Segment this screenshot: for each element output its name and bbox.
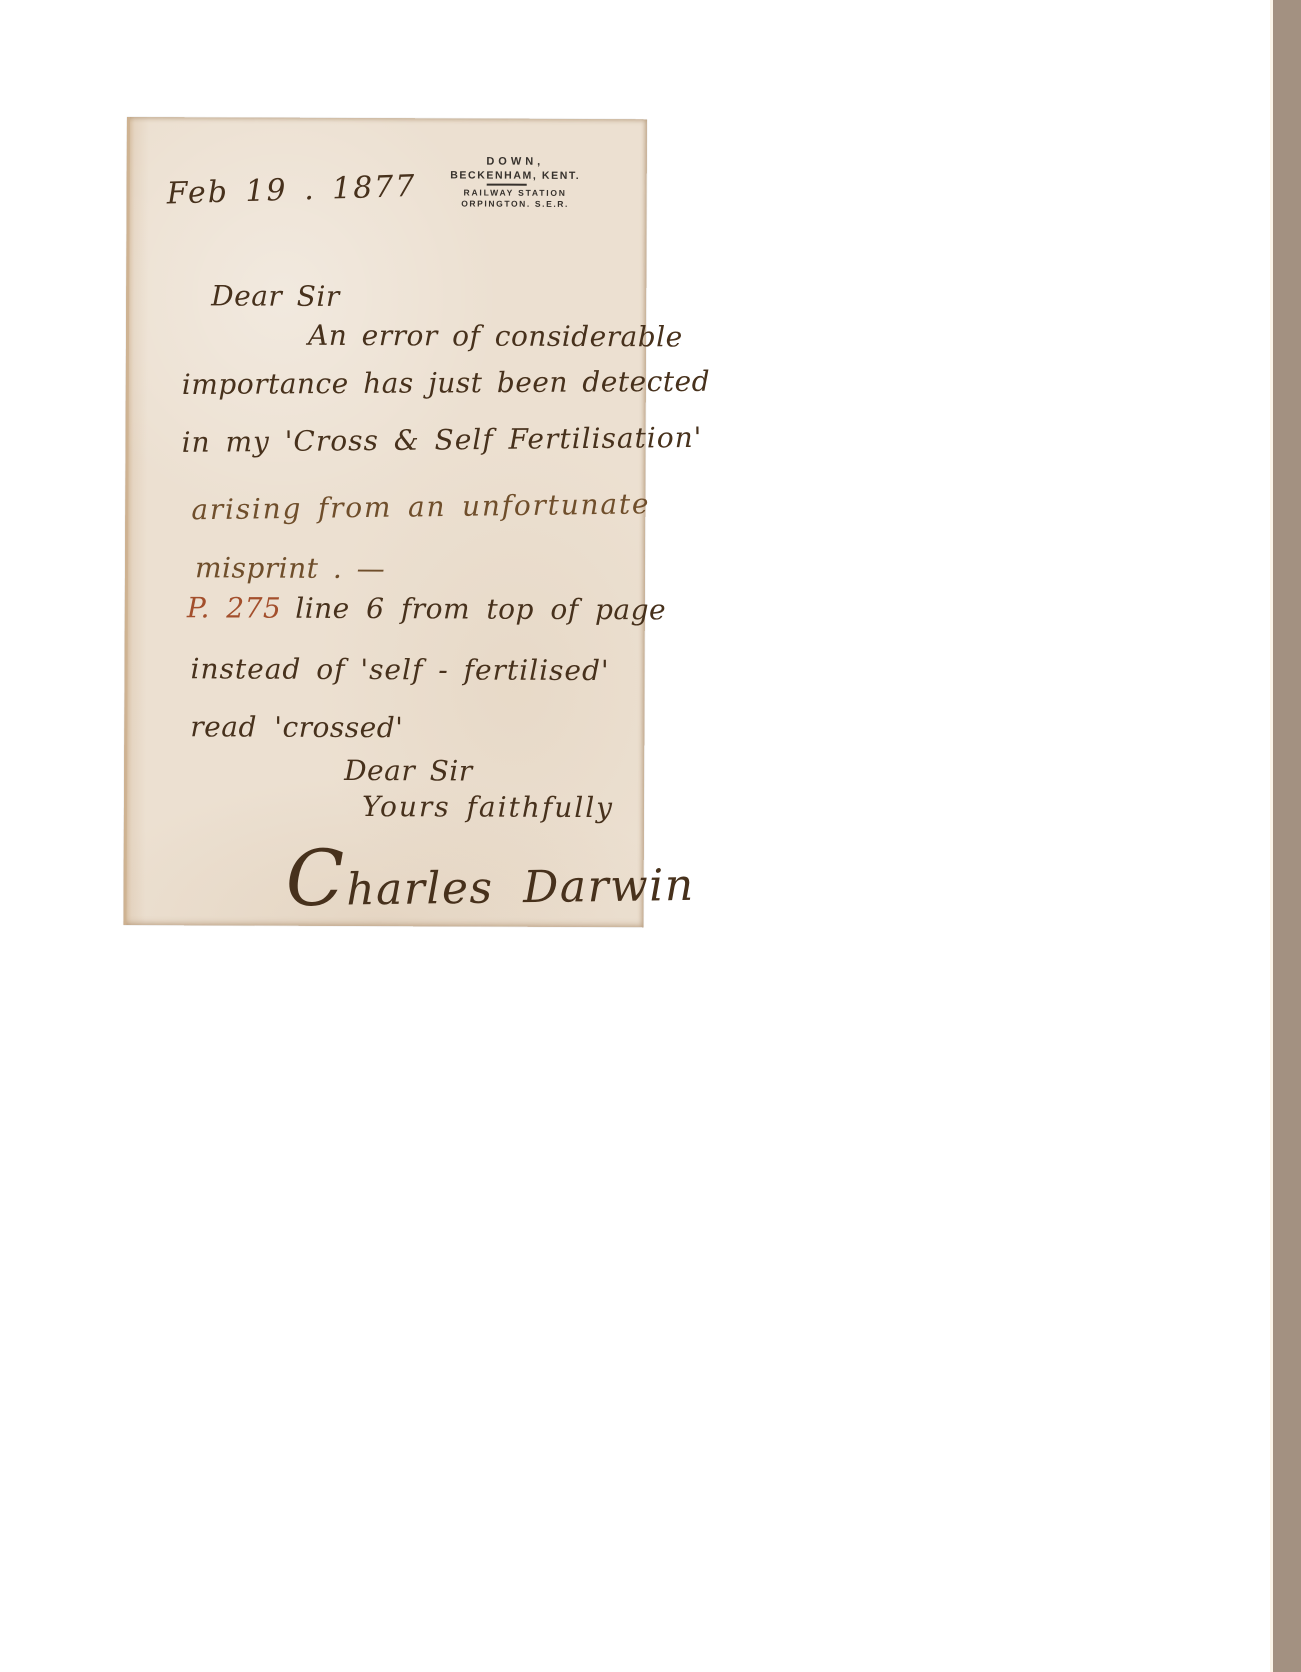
body-line-3: in my 'Cross & Self Fertilisation' [181, 421, 702, 459]
body-line-6-text: line 6 from top of page [295, 592, 666, 627]
page-reference: P. 275 [187, 591, 282, 624]
letter-photo: DOWN, BECKENHAM, KENT. RAILWAY STATION O… [123, 117, 647, 927]
body-line-4: arising from an unfortunate [191, 487, 650, 526]
letterhead-line-orpington: ORPINGTON. S.E.R. [443, 198, 588, 210]
salutation: Dear Sir [211, 279, 340, 313]
body-line-6: P. 275line 6 from top of page [187, 591, 666, 626]
right-border-stripe [1270, 0, 1301, 1672]
letterhead-line-down: DOWN, [443, 154, 588, 169]
valediction: Yours faithfully [362, 790, 614, 824]
letterhead-line-railway: RAILWAY STATION [443, 187, 588, 199]
page-background: DOWN, BECKENHAM, KENT. RAILWAY STATION O… [0, 0, 1301, 1672]
letterhead-line-beckenham: BECKENHAM, KENT. [443, 168, 588, 184]
body-line-8: read 'crossed' [190, 710, 403, 744]
letter-date: Feb 19 . 1877 [166, 169, 417, 212]
letterhead-underline [487, 184, 527, 186]
body-line-2: importance has just been detected [182, 365, 710, 401]
body-line-1: An error of considerable [308, 319, 683, 354]
body-line-5: misprint . — [195, 551, 385, 585]
closing-salutation: Dear Sir [344, 754, 473, 788]
body-line-7: instead of 'self - fertilised' [191, 652, 610, 687]
letterhead: DOWN, BECKENHAM, KENT. RAILWAY STATION O… [443, 154, 588, 209]
paper-left-edge [123, 117, 130, 925]
signature: Charles Darwin [285, 830, 695, 924]
